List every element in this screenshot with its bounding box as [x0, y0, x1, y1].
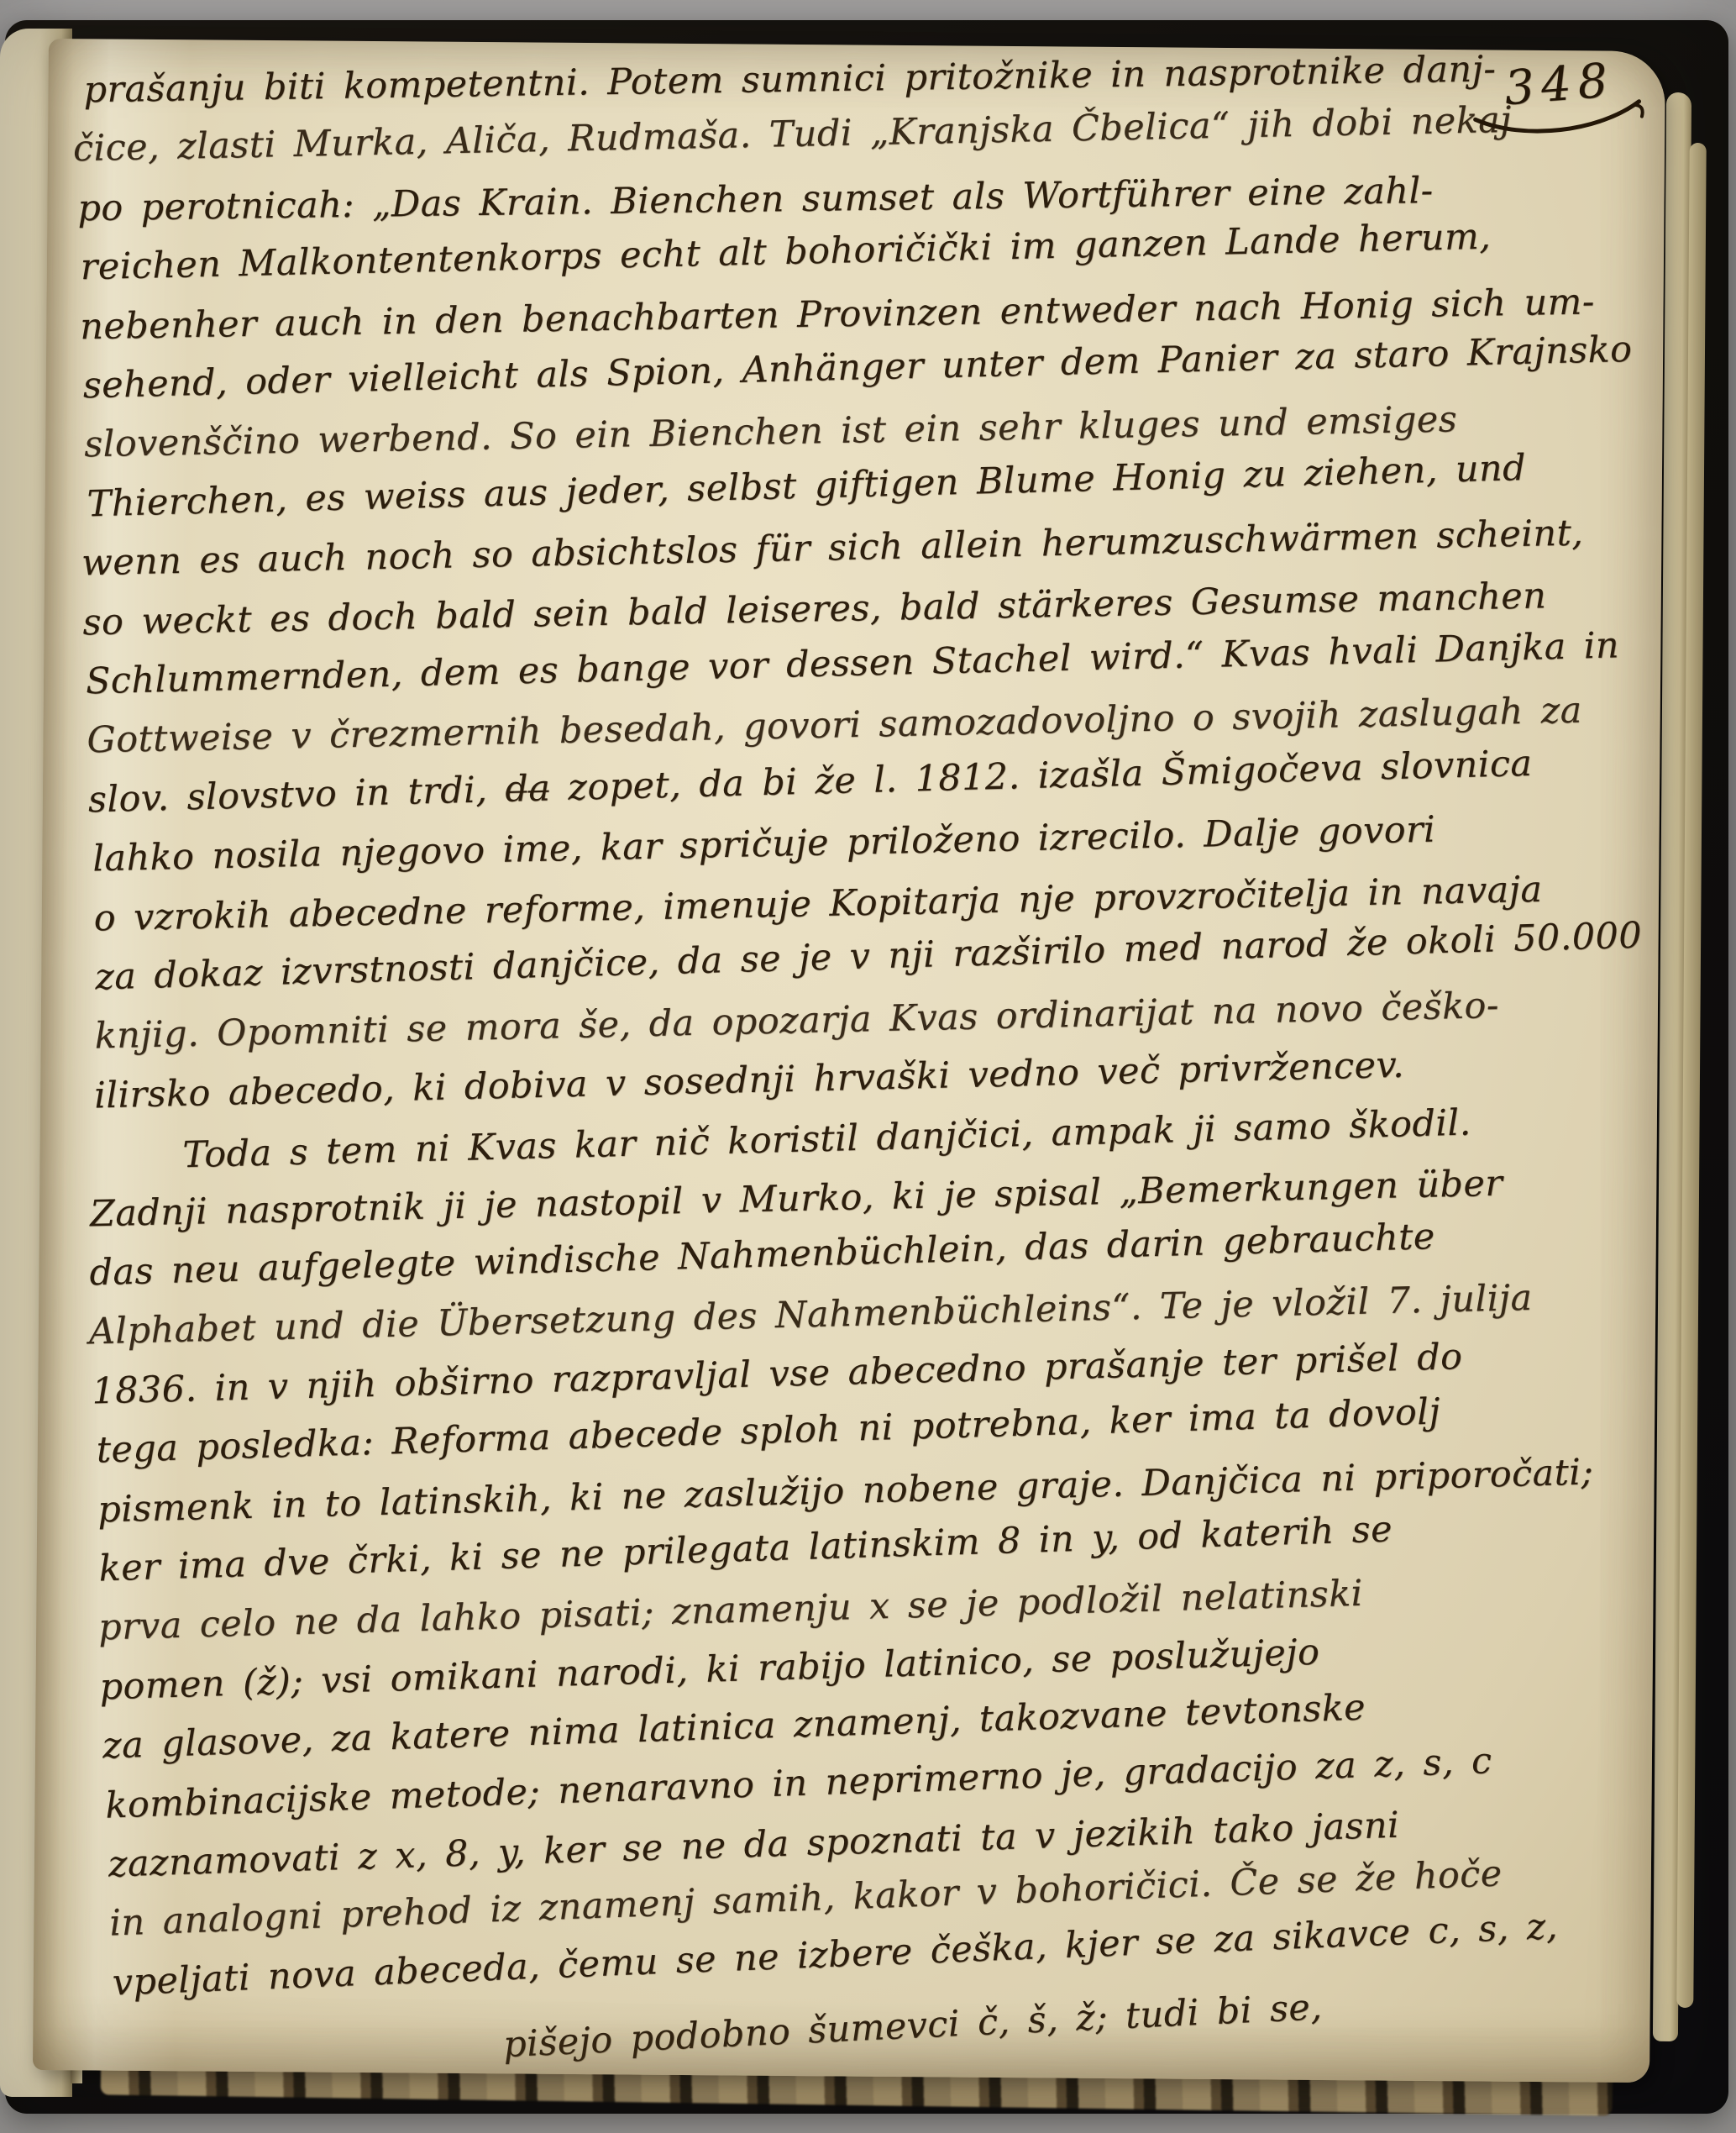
handwriting-line: pišejo podobno šumevci č, š, ž; tudi bi … [502, 1986, 1323, 2066]
manuscript-photo: 348 prašanju biti kompetentni. Potem sum… [0, 0, 1736, 2133]
manuscript-page: 348 prašanju biti kompetentni. Potem sum… [33, 39, 1665, 2083]
handwriting-line: čice, zlasti Murka, Aliča, Rudmaša. Tudi… [72, 99, 1512, 170]
handwriting-line: lahko nosila njegovo ime, kar spričuje p… [92, 809, 1436, 880]
handwriting-line: prašanju biti kompetentni. Potem sumnici… [83, 48, 1496, 111]
handwriting-line: Toda s tem ni Kvas kar nič koristil danj… [182, 1102, 1471, 1177]
handwriting-line: po perotnicah: „Das Krain. Bienchen sums… [77, 170, 1434, 229]
handwriting-line: wenn es auch noch so absichtslos für sic… [81, 512, 1584, 585]
handwriting-line: ilirsko abecedo, ki dobiva v sosednji hr… [94, 1044, 1405, 1117]
